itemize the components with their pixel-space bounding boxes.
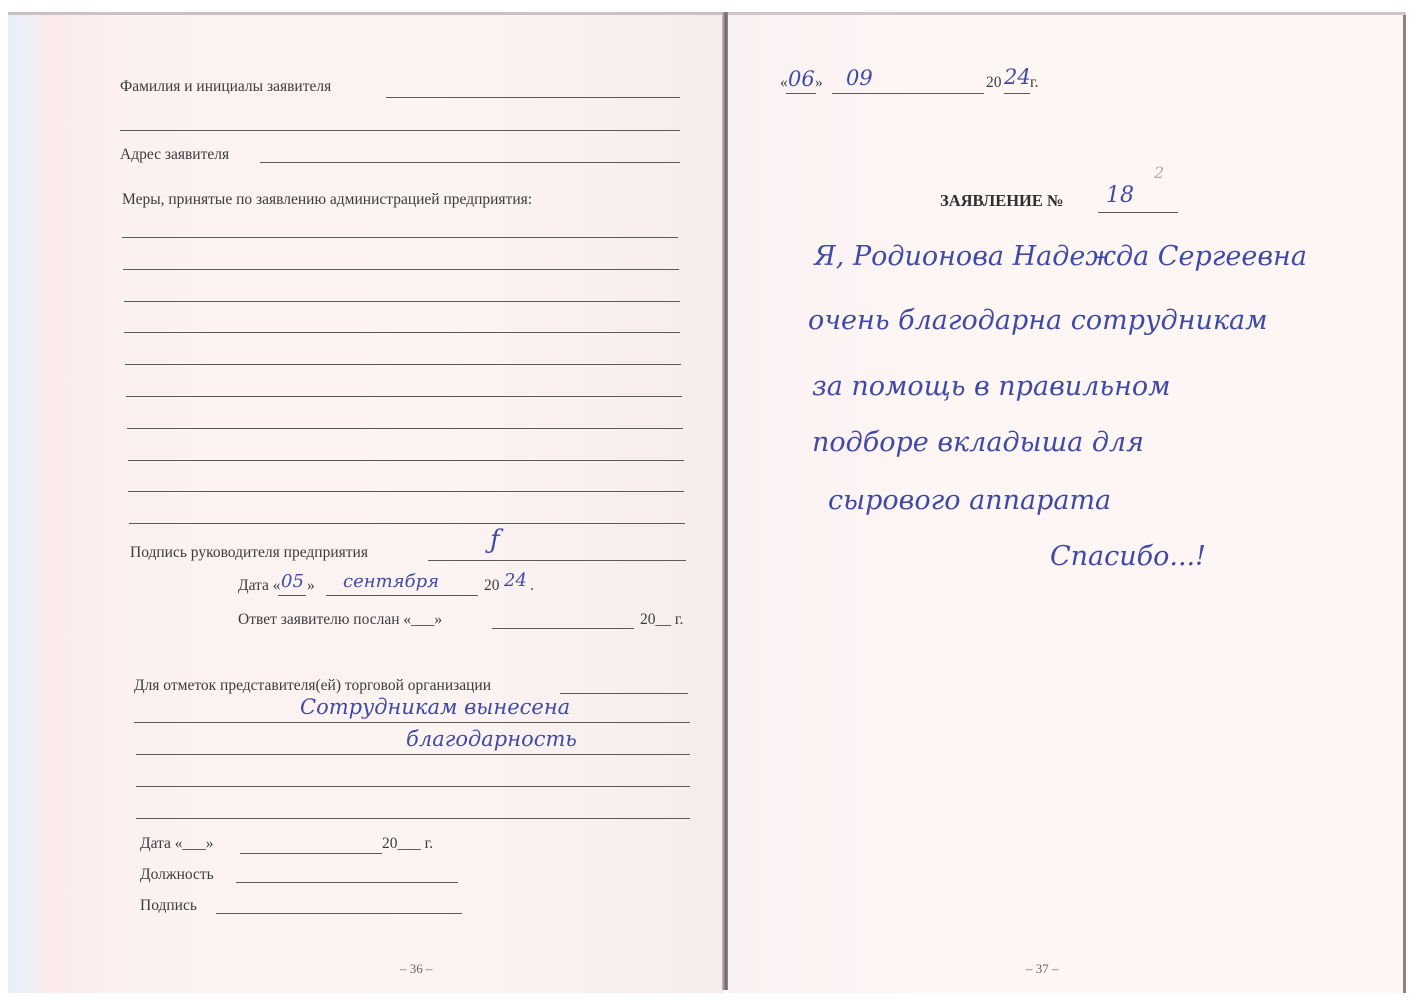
bottom-date-label: Дата «___»: [140, 835, 214, 853]
bottom-date-field[interactable]: [240, 853, 382, 854]
measures-line[interactable]: [129, 523, 685, 524]
handwritten-line: за помощь в правильном: [812, 371, 1171, 402]
representatives-line-1[interactable]: [134, 722, 690, 723]
director-signature-scribble: ƒ: [490, 525, 500, 555]
representatives-line-2[interactable]: [136, 754, 690, 755]
measures-line[interactable]: [127, 428, 683, 429]
statement-number-field[interactable]: [1098, 212, 1178, 213]
page-37: « 06 » 09 20 24 г. ЗАЯВЛЕНИЕ № 18 2 Я, Р…: [728, 12, 1406, 993]
statement-number-annotation: 2: [1154, 163, 1164, 182]
page-36: Фамилия и инициалы заявителя Адрес заяви…: [8, 12, 724, 993]
page-edge: [1403, 15, 1406, 993]
applicant-address-label: Адрес заявителя: [120, 146, 229, 164]
handwritten-line: Спасибо...!: [1050, 541, 1206, 572]
reply-year: 20__ г.: [640, 611, 683, 629]
representatives-line-3[interactable]: [136, 786, 690, 787]
handwritten-line: Я, Родионова Надежда Сергеевна: [814, 241, 1307, 272]
right-date-day: 06: [788, 67, 815, 91]
date-year-prefix: 20: [484, 577, 500, 595]
date-month: сентября: [343, 571, 439, 592]
measures-line[interactable]: [123, 269, 679, 270]
position-field[interactable]: [236, 882, 458, 883]
date-year-suffix: .: [530, 577, 534, 595]
representatives-note-line1: Сотрудникам вынесена: [300, 695, 570, 719]
director-signature-label: Подпись руководителя предприятия: [130, 544, 368, 562]
date-month-field[interactable]: [326, 595, 478, 596]
measures-line[interactable]: [124, 301, 680, 302]
date-year: 24: [504, 570, 527, 591]
applicant-name-field-cont[interactable]: [120, 130, 680, 131]
applicant-name-label: Фамилия и инициалы заявителя: [120, 78, 331, 96]
representatives-label: Для отметок представителя(ей) торговой о…: [134, 677, 491, 695]
director-signature-field[interactable]: [428, 560, 686, 561]
date-label: Дата «: [238, 577, 281, 595]
measures-line[interactable]: [128, 491, 684, 492]
right-date-year-suffix: г.: [1030, 74, 1038, 92]
measures-line[interactable]: [125, 364, 681, 365]
right-date-month: 09: [846, 66, 873, 90]
right-date-open-quote: «: [780, 74, 788, 92]
signature-field[interactable]: [216, 913, 462, 914]
representatives-note-line2: благодарность: [406, 727, 577, 751]
handwritten-line: подборе вкладыша для: [812, 427, 1144, 458]
right-date-year-prefix: 20: [986, 74, 1002, 92]
date-day: 05: [281, 571, 304, 592]
right-date-year: 24: [1004, 65, 1031, 89]
right-date-close-quote: »: [815, 74, 823, 92]
measures-line[interactable]: [122, 237, 678, 238]
notebook-spread: Фамилия и инициалы заявителя Адрес заяви…: [8, 12, 1406, 990]
page-number-37: – 37 –: [1026, 961, 1059, 977]
handwritten-line: очень благодарна сотрудникам: [808, 305, 1268, 336]
measures-label: Меры, принятые по заявлению администраци…: [122, 191, 532, 209]
date-day-field[interactable]: [278, 595, 306, 596]
position-label: Должность: [140, 866, 214, 884]
right-date-month-field[interactable]: [832, 93, 984, 94]
measures-line[interactable]: [126, 396, 682, 397]
bottom-date-year: 20___ г.: [382, 835, 433, 853]
applicant-address-field[interactable]: [260, 162, 680, 163]
page-number-36: – 36 –: [400, 961, 433, 977]
applicant-name-field[interactable]: [386, 97, 680, 98]
statement-title: ЗАЯВЛЕНИЕ №: [940, 191, 1064, 211]
representatives-field[interactable]: [560, 693, 688, 694]
representatives-line-4[interactable]: [136, 818, 690, 819]
measures-line[interactable]: [124, 332, 680, 333]
measures-line[interactable]: [128, 460, 684, 461]
handwritten-line: сырового аппарата: [828, 485, 1111, 516]
right-date-year-field[interactable]: [1004, 93, 1030, 94]
reply-sent-label: Ответ заявителю послан «___»: [238, 611, 442, 629]
signature-label: Подпись: [140, 897, 197, 915]
reply-sent-field[interactable]: [492, 628, 634, 629]
date-close-quote: »: [307, 577, 315, 595]
right-date-day-field[interactable]: [786, 93, 816, 94]
statement-number: 18: [1106, 183, 1134, 208]
